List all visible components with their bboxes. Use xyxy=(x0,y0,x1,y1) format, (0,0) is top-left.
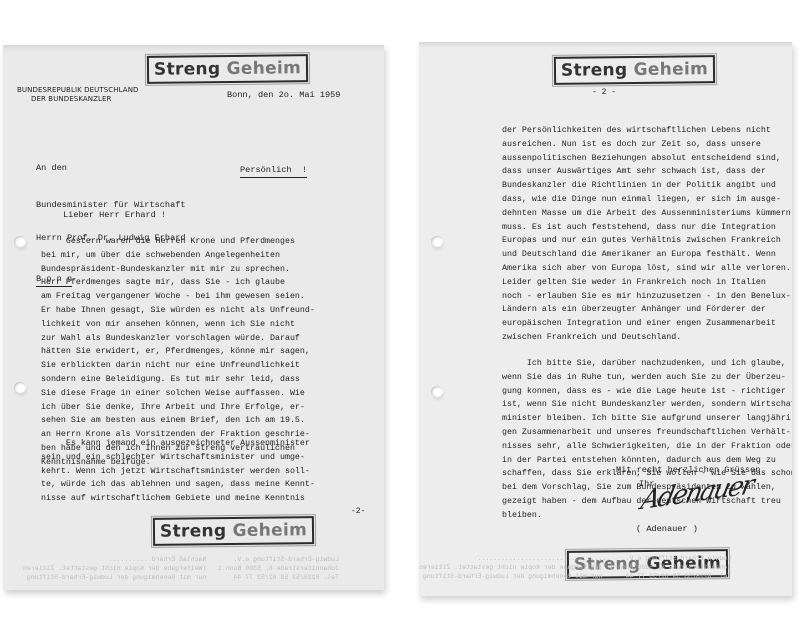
stamp-word: Geheim xyxy=(232,520,307,541)
salutation: Lieber Herr Erhard ! xyxy=(63,209,166,222)
letterhead-line: BUNDESREPUBLIK DEUTSCHLAND xyxy=(17,86,139,95)
paragraph: Gestern waren die Herren Krone und Pferd… xyxy=(41,235,315,470)
typed-name: ( Adenauer ) xyxy=(636,523,698,536)
letter-page-2: Streng Geheim - 2 - der Persönlichkeiten… xyxy=(419,42,792,596)
punch-hole xyxy=(431,236,443,247)
page-continuation-marker: -2- xyxy=(351,505,365,518)
punch-hole xyxy=(431,386,443,397)
bleed-through-text: Ludwig-Erhard-Stiftung e.V. ............… xyxy=(419,554,731,581)
paragraph: Es kann jemand ein ausgezeichneter Ausse… xyxy=(41,437,315,506)
paragraph: der Persönlichkeiten des wirtschaftliche… xyxy=(502,124,791,345)
secret-stamp-bottom: Streng Geheim xyxy=(153,516,314,546)
punch-hole xyxy=(14,382,26,393)
personal-note: Persönlich ! xyxy=(240,165,307,178)
stamp-word: Streng xyxy=(160,521,227,542)
stamp-word: Streng xyxy=(561,60,628,81)
stamp-word: Streng xyxy=(154,59,221,80)
page-number: - 2 - xyxy=(592,86,616,99)
secret-stamp-top: Streng Geheim xyxy=(147,54,308,84)
stamp-word: Geheim xyxy=(633,59,708,80)
date-line: Bonn, den 2o. Mai 1959 xyxy=(227,89,340,102)
secret-stamp-top: Streng Geheim xyxy=(554,55,715,85)
bleed-through-text: Ludwig-Erhard-Stiftung e.V. Nachlaß Erha… xyxy=(23,555,339,582)
letter-page-1: Streng Geheim BUNDESREPUBLIK DEUTSCHLAND… xyxy=(3,45,384,590)
punch-hole xyxy=(14,236,26,247)
letterhead-line: DER BUNDESKANZLER xyxy=(17,95,139,104)
recipient-line: An den xyxy=(36,163,186,174)
stamp-word: Geheim xyxy=(226,58,301,79)
letterhead: BUNDESREPUBLIK DEUTSCHLAND DER BUNDESKAN… xyxy=(17,86,139,104)
